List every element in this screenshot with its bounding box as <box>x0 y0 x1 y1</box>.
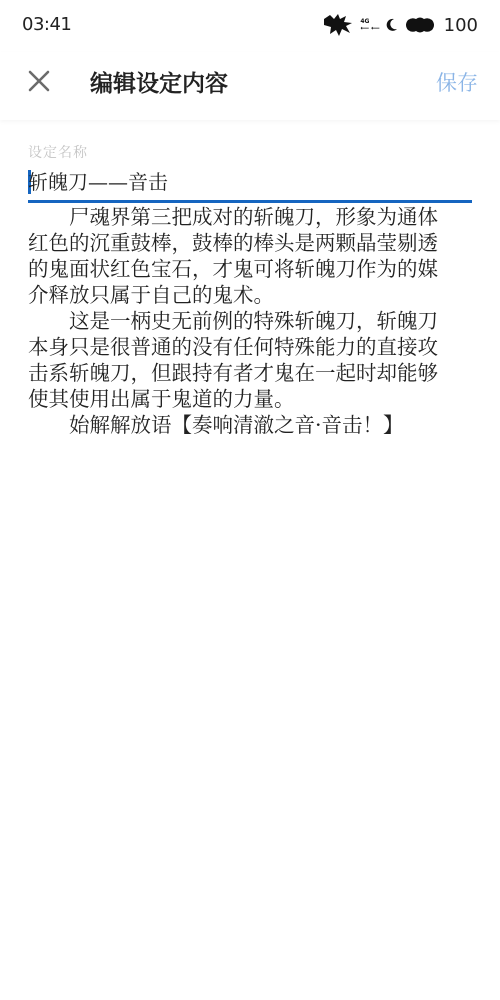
battery-icon <box>404 16 436 34</box>
network-indicator: 4G ⟵ ⟵ <box>360 18 379 32</box>
data-arrows-icon: ⟵ ⟵ <box>360 25 379 32</box>
network-4g-icon: 4G <box>360 18 379 25</box>
setting-name-input[interactable] <box>28 166 472 198</box>
do-not-disturb-moon-icon <box>386 18 398 32</box>
setting-name-label: 设定名称 <box>28 142 88 162</box>
page-title: 编辑设定内容 <box>90 65 228 98</box>
battery-percent: 100 <box>444 15 478 36</box>
status-time: 03:41 <box>22 14 71 35</box>
setting-content-textarea[interactable]: 尸魂界第三把成对的斩魄刀，形象为通体红色的沉重鼓棒，鼓棒的棒头是两颗晶莹剔透的鬼… <box>28 204 454 964</box>
app-bar: 编辑设定内容 保存 <box>0 52 500 120</box>
setting-name-field[interactable] <box>28 166 472 203</box>
close-icon <box>28 70 50 92</box>
save-button[interactable]: 保存 <box>436 67 478 97</box>
status-icons: 4G ⟵ ⟵ 100 <box>322 12 478 38</box>
signal-icon <box>322 13 354 37</box>
status-bar: 03:41 4G ⟵ ⟵ 100 <box>0 0 500 52</box>
close-button[interactable] <box>22 64 56 98</box>
